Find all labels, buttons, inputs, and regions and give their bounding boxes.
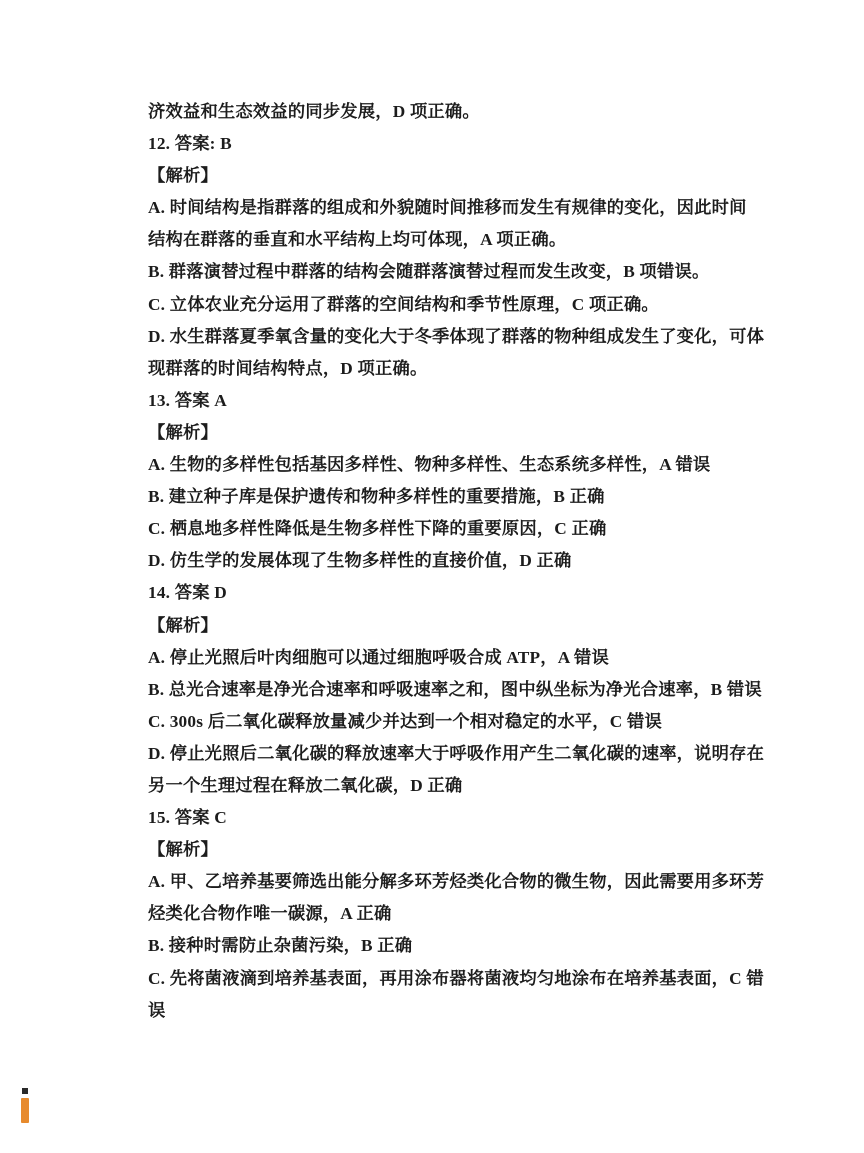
document-line: 13. 答案 A — [148, 385, 764, 417]
document-line: D. 仿生学的发展体现了生物多样性的直接价值，D 正确 — [148, 545, 764, 577]
document-line: D. 停止光照后二氧化碳的释放速率大于呼吸作用产生二氧化碳的速率，说明存在 — [148, 738, 764, 770]
document-line: A. 停止光照后叶肉细胞可以通过细胞呼吸合成 ATP，A 错误 — [148, 642, 764, 674]
document-line: 15. 答案 C — [148, 802, 764, 834]
document-line: D. 水生群落夏季氧含量的变化大于冬季体现了群落的物种组成发生了变化，可体 — [148, 321, 764, 353]
document-line: 【解析】 — [148, 610, 764, 642]
margin-highlight-bar — [21, 1098, 29, 1123]
document-line: C. 立体农业充分运用了群落的空间结构和季节性原理，C 项正确。 — [148, 289, 764, 321]
document-line: A. 生物的多样性包括基因多样性、物种多样性、生态系统多样性，A 错误 — [148, 449, 764, 481]
document-line: 【解析】 — [148, 834, 764, 866]
document-line: 【解析】 — [148, 160, 764, 192]
document-line: 济效益和生态效益的同步发展，D 项正确。 — [148, 96, 764, 128]
margin-dot — [22, 1088, 28, 1094]
document-line: B. 群落演替过程中群落的结构会随群落演替过程而发生改变，B 项错误。 — [148, 256, 764, 288]
document-line: B. 总光合速率是净光合速率和呼吸速率之和，图中纵坐标为净光合速率，B 错误 — [148, 674, 764, 706]
document-line: 误 — [148, 995, 764, 1027]
document-text-block: 济效益和生态效益的同步发展，D 项正确。12. 答案: B【解析】A. 时间结构… — [148, 96, 764, 1027]
document-line: 另一个生理过程在释放二氧化碳，D 正确 — [148, 770, 764, 802]
document-line: C. 先将菌液滴到培养基表面，再用涂布器将菌液均匀地涂布在培养基表面，C 错 — [148, 963, 764, 995]
document-line: 现群落的时间结构特点，D 项正确。 — [148, 353, 764, 385]
page-background: 济效益和生态效益的同步发展，D 项正确。12. 答案: B【解析】A. 时间结构… — [0, 0, 864, 1153]
document-line: 14. 答案 D — [148, 577, 764, 609]
document-line: C. 栖息地多样性降低是生物多样性下降的重要原因，C 正确 — [148, 513, 764, 545]
document-line: B. 建立种子库是保护遗传和物种多样性的重要措施，B 正确 — [148, 481, 764, 513]
document-line: C. 300s 后二氧化碳释放量减少并达到一个相对稳定的水平，C 错误 — [148, 706, 764, 738]
document-line: 烃类化合物作唯一碳源，A 正确 — [148, 898, 764, 930]
document-page: 济效益和生态效益的同步发展，D 项正确。12. 答案: B【解析】A. 时间结构… — [0, 0, 864, 1153]
document-line: A. 时间结构是指群落的组成和外貌随时间推移而发生有规律的变化，因此时间 — [148, 192, 764, 224]
document-line: 结构在群落的垂直和水平结构上均可体现，A 项正确。 — [148, 224, 764, 256]
document-line: A. 甲、乙培养基要筛选出能分解多环芳烃类化合物的微生物，因此需要用多环芳 — [148, 866, 764, 898]
document-line: 【解析】 — [148, 417, 764, 449]
document-line: B. 接种时需防止杂菌污染，B 正确 — [148, 930, 764, 962]
document-line: 12. 答案: B — [148, 128, 764, 160]
